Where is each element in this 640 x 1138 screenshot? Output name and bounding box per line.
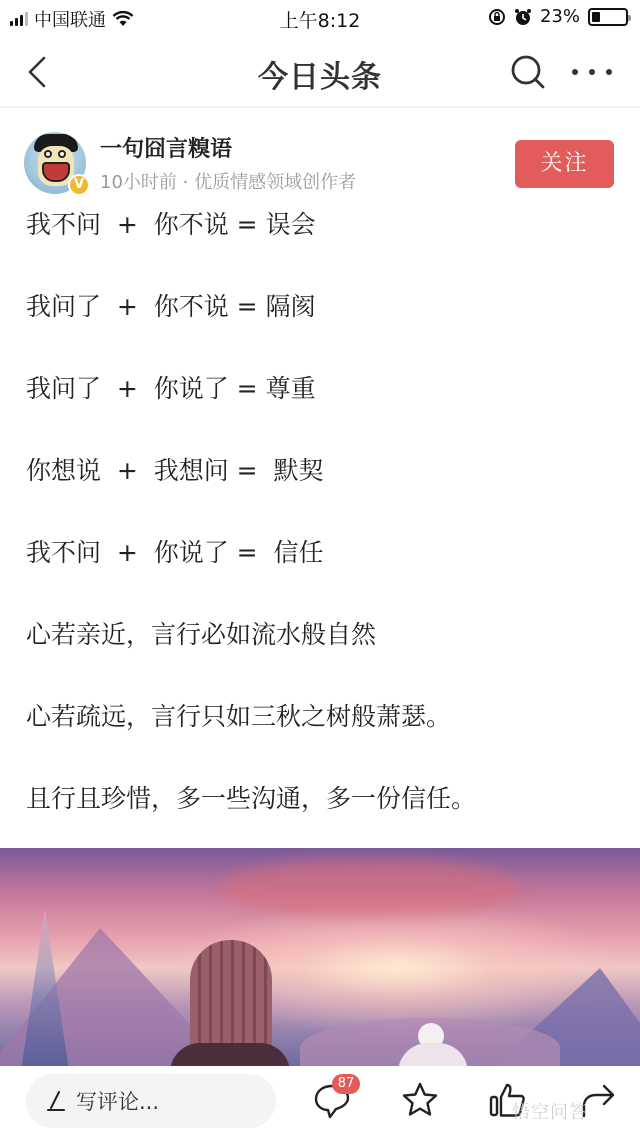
comment-count-badge: 87	[332, 1074, 360, 1094]
status-right: 23%	[488, 6, 628, 27]
author-meta: 10小时前 · 优质情感领域创作者	[100, 168, 356, 194]
paragraph: 心若疏远，言行只如三秋之树般萧瑟。	[26, 697, 626, 779]
paragraph: 你想说 + 我想问 = 默契	[26, 451, 626, 533]
paragraph: 我问了 + 你不说 = 隔阂	[26, 287, 626, 369]
paragraph: 我不问 + 你不说 = 误会	[26, 205, 626, 287]
more-icon[interactable]	[572, 58, 612, 86]
status-bar: 中国联通 上午8:12 23%	[0, 0, 640, 36]
comment-input[interactable]: 写评论...	[26, 1074, 276, 1128]
comment-placeholder: 写评论...	[76, 1086, 159, 1116]
battery-percent: 23%	[540, 6, 580, 27]
battery-icon	[588, 8, 628, 26]
article-image[interactable]	[0, 848, 640, 1066]
rotation-lock-icon	[488, 8, 506, 26]
author-row: V 一句囧言糗语 10小时前 · 优质情感领域创作者 关注	[0, 128, 640, 198]
paragraph: 心若亲近，言行必如流水般自然	[26, 615, 626, 697]
alarm-icon	[514, 8, 532, 26]
verified-icon: V	[68, 174, 90, 196]
paragraph: 我问了 + 你说了 = 尊重	[26, 369, 626, 451]
watermark-label: 悟空问答	[512, 1098, 588, 1124]
pen-icon	[46, 1090, 66, 1112]
follow-button[interactable]: 关注	[515, 140, 614, 188]
nav-bar: 今日头条	[0, 36, 640, 108]
paragraph: 我不问 + 你说了 = 信任	[26, 533, 626, 615]
bottom-bar: 写评论... 87 悟空问答	[0, 1066, 640, 1138]
article-body: 我不问 + 你不说 = 误会 我问了 + 你不说 = 隔阂 我问了 + 你说了 …	[26, 205, 626, 861]
author-name[interactable]: 一句囧言糗语	[100, 132, 232, 163]
star-icon[interactable]	[400, 1080, 440, 1120]
search-icon[interactable]	[508, 52, 548, 92]
